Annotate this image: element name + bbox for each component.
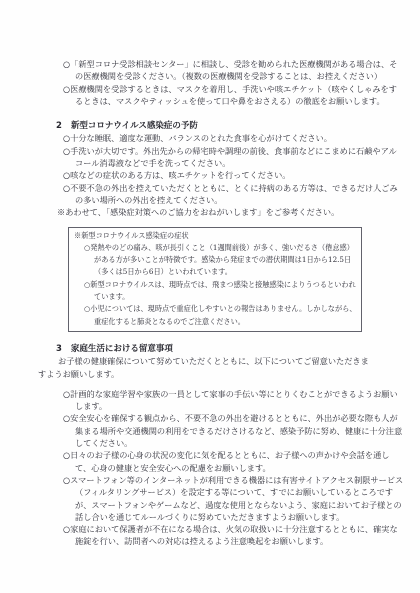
list-item: ○十分な睡眠、適度な運動、バランスのとれた食事を心がけてください。 [63,132,405,144]
list-item: ○不要不急の外出を控えていただくとともに、とくに持病のある方等は、できるだけ人ご… [63,182,405,207]
section-2-number: 2 [56,121,62,131]
list-item: ○家庭において保護者が不在になる場合は、火気の取扱いに十分注意するとともに、確実… [63,523,405,548]
section-3-list: ○計画的な家庭学習や家族の一員として家事の手伝い等にとりくむことができるようお願… [38,388,393,548]
reference-note: ※あわせて、「感染症対策へのご協力をおねがいします」をご参考ください。 [57,206,393,218]
list-item: ○日々のお子様の心身の状況の変化に気を配るとともに、お子様への声かけや会話を通し… [63,449,405,474]
symptom-box-title: ※新型コロナウイルス感染症の症状 [74,230,356,242]
list-item: ○発熱やのどの痛み、咳が長引くこと（1週間前後）が多く、強いだるさ（倦怠感）があ… [84,242,358,279]
section-2-list: ○十分な睡眠、適度な運動、バランスのとれた食事を心がけてください。 ○手洗いが大… [38,132,393,206]
section-3-heading: 3家庭生活における留意事項 [56,343,393,355]
list-item: ○計画的な家庭学習や家族の一員として家事の手伝い等にとりくむことができるようお願… [63,388,405,413]
list-item: ○スマートフォン等のインターネットが利用できる機器には有害サイトアクセス制限サー… [63,474,405,523]
list-item: ○手洗いが大切です。外出先からの帰宅時や調理の前後、食事前などにこまめに石鹸やア… [63,145,405,170]
list-item: ○新型コロナウイルスは、現時点では、飛まつ感染と接触感染によりうつるといわれてい… [84,279,358,304]
list-item: ○咳などの症状のある方は、咳エチケットを行ってください。 [63,169,405,181]
list-item: ○「新型コロナ受診相談センター」に相談し、受診を勧められた医療機関がある場合は、… [63,58,405,83]
list-item: ○小児については、現時点で重症化しやすいとの報告はありません。しかしながら、重症… [84,303,358,328]
document-page: ○「新型コロナ受診相談センター」に相談し、受診を勧められた医療機関がある場合は、… [0,0,420,593]
carryover-list: ○「新型コロナ受診相談センター」に相談し、受診を勧められた医療機関がある場合は、… [38,58,393,107]
section-2-title: 新型コロナウイルス感染症の予防 [71,121,198,131]
section-3-title: 家庭生活における留意事項 [71,344,173,354]
section-3-number: 3 [56,344,62,354]
section-2-heading: 2新型コロナウイルス感染症の予防 [56,120,393,132]
section-3-intro: お子様の健康確保について努めていただくとともに、以下についてご留意いただきますよ… [38,355,374,380]
list-item: ○安全安心を確保する観点から、不要不急の外出を避けるとともに、外出が必要な際も人… [63,412,405,449]
symptom-info-box: ※新型コロナウイルス感染症の症状 ○発熱やのどの痛み、咳が長引くこと（1週間前後… [68,227,362,332]
list-item: ○医療機関を受診するときは、マスクを着用し、手洗いや咳エチケット（咳やくしゃみを… [63,83,405,108]
